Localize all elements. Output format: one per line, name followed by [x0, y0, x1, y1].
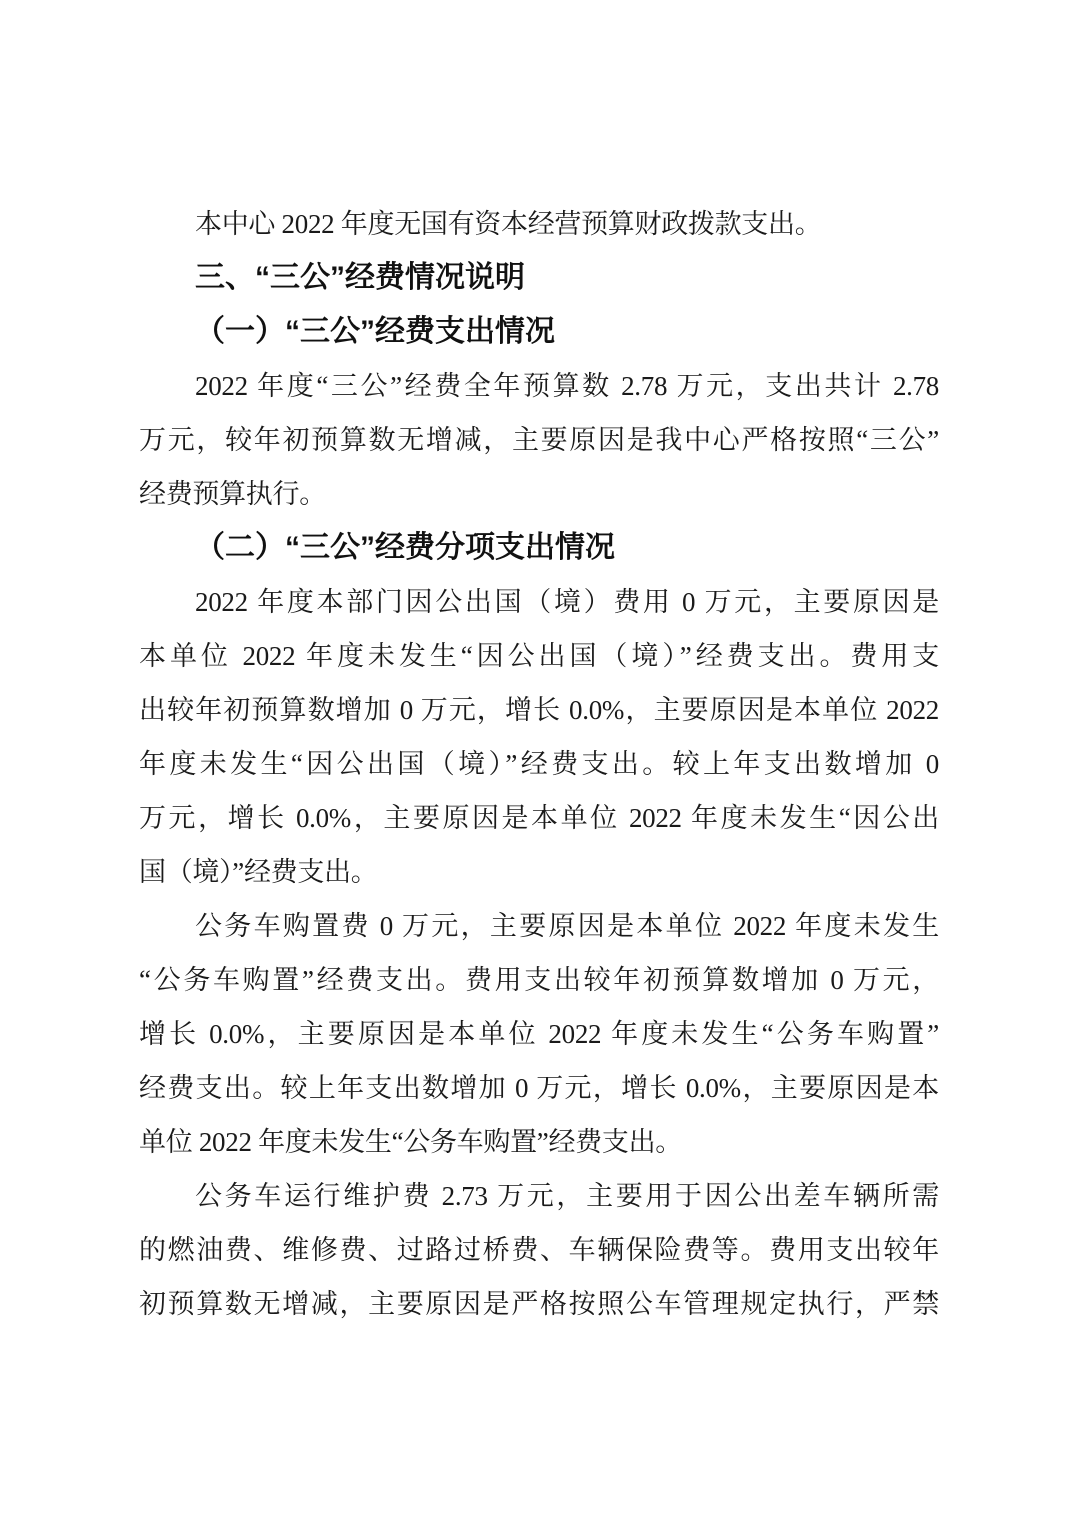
subsection-heading: （二）“三公”经费分项支出情况: [139, 521, 939, 575]
paragraph-line: 增长 0.0%，主要原因是本单位 2022 年度未发生“公务车购置”: [139, 1007, 939, 1061]
paragraph-line: 单位 2022 年度未发生“公务车购置”经费支出。: [139, 1115, 939, 1169]
paragraph-line: 年度未发生“因公出国（境）”经费支出。较上年支出数增加 0: [139, 737, 939, 791]
paragraph-line: 国（境）”经费支出。: [139, 845, 939, 899]
paragraph-line: 2022 年度本部门因公出国（境）费用 0 万元，主要原因是: [139, 575, 939, 629]
paragraph-line: 的燃油费、维修费、过路过桥费、车辆保险费等。费用支出较年: [139, 1223, 939, 1277]
paragraph-line: 经费预算执行。: [139, 467, 939, 521]
paragraph-line: 经费支出。较上年支出数增加 0 万元，增长 0.0%，主要原因是本: [139, 1061, 939, 1115]
document-body: 本中心 2022 年度无国有资本经营预算财政拨款支出。 三、“三公”经费情况说明…: [139, 197, 939, 1331]
subsection-heading: （一）“三公”经费支出情况: [139, 305, 939, 359]
paragraph-line: 出较年初预算数增加 0 万元，增长 0.0%，主要原因是本单位 2022: [139, 683, 939, 737]
paragraph-line: 公务车运行维护费 2.73 万元，主要用于因公出差车辆所需: [139, 1169, 939, 1223]
paragraph-line: 2022 年度“三公”经费全年预算数 2.78 万元，支出共计 2.78: [139, 359, 939, 413]
paragraph-line: 万元，增长 0.0%，主要原因是本单位 2022 年度未发生“因公出: [139, 791, 939, 845]
paragraph-line: 本中心 2022 年度无国有资本经营预算财政拨款支出。: [139, 197, 939, 251]
section-heading: 三、“三公”经费情况说明: [139, 251, 939, 305]
paragraph-line: 万元，较年初预算数无增减，主要原因是我中心严格按照“三公”: [139, 413, 939, 467]
paragraph-line: 初预算数无增减，主要原因是严格按照公车管理规定执行，严禁: [139, 1277, 939, 1331]
paragraph-line: 公务车购置费 0 万元，主要原因是本单位 2022 年度未发生: [139, 899, 939, 953]
paragraph-line: “公务车购置”经费支出。费用支出较年初预算数增加 0 万元，: [139, 953, 939, 1007]
document-page: 本中心 2022 年度无国有资本经营预算财政拨款支出。 三、“三公”经费情况说明…: [0, 0, 1074, 1520]
paragraph-line: 本单位 2022 年度未发生“因公出国（境）”经费支出。费用支: [139, 629, 939, 683]
